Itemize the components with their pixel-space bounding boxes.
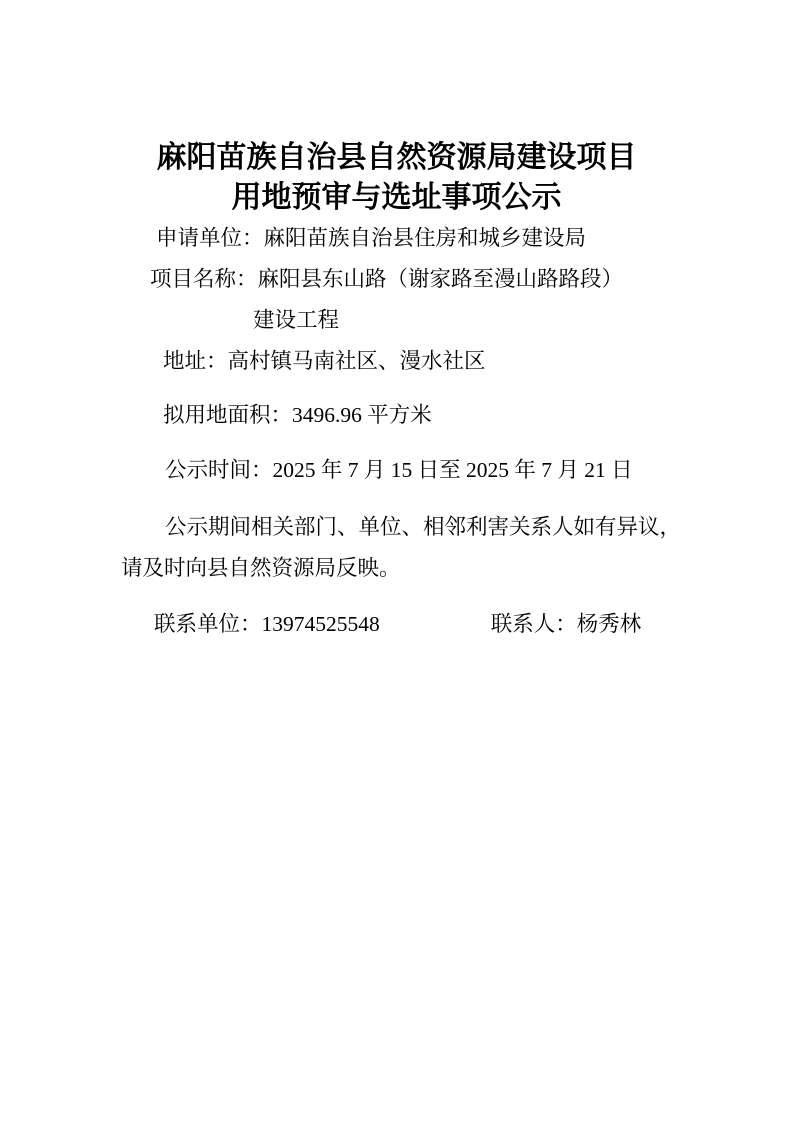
contact-unit: 联系单位：13974525548 [154, 612, 380, 636]
project-name-line: 项目名称：麻阳县东山路（谢家路至漫山路路段） [121, 259, 672, 300]
project-name-label: 项目名称： [150, 267, 258, 291]
contact-person: 联系人：杨秀林 [491, 612, 642, 636]
project-name-continuation-line: 建设工程 [121, 300, 672, 341]
publicity-period-label: 公示时间： [165, 458, 273, 482]
document-title: 麻阳苗族自治县自然资源局建设项目 用地预审与选址事项公示 [121, 138, 672, 218]
applicant-line: 申请单位：麻阳苗族自治县住房和城乡建设局 [121, 218, 672, 259]
planned-area-label: 拟用地面积： [163, 403, 292, 427]
notice-document-page: 麻阳苗族自治县自然资源局建设项目 用地预审与选址事项公示 申请单位：麻阳苗族自治… [0, 0, 793, 1122]
planned-area-line: 拟用地面积：3496.96 平方米 [121, 395, 672, 436]
objection-paragraph-line1: 公示期间相关部门、单位、相邻利害关系人如有异议， [121, 507, 672, 548]
project-name-value-continuation: 建设工程 [253, 308, 339, 332]
publicity-period-line: 公示时间：2025 年 7 月 15 日至 2025 年 7 月 21 日 [121, 450, 672, 491]
document-title-line1: 麻阳苗族自治县自然资源局建设项目 [121, 138, 672, 178]
contacts-line: 联系单位：13974525548联系人：杨秀林 [121, 604, 672, 645]
objection-paragraph: 公示期间相关部门、单位、相邻利害关系人如有异议， 请及时向县自然资源局反映。 [121, 507, 672, 589]
contact-person-value: 杨秀林 [577, 612, 642, 636]
planned-area-value: 3496.96 平方米 [292, 403, 432, 427]
objection-paragraph-line2: 请及时向县自然资源局反映。 [121, 548, 672, 589]
contact-unit-label: 联系单位： [154, 612, 262, 636]
project-name-value: 麻阳县东山路（谢家路至漫山路路段） [258, 267, 624, 291]
address-value: 高村镇马南社区、漫水社区 [228, 349, 486, 373]
address-line: 地址：高村镇马南社区、漫水社区 [121, 341, 672, 382]
publicity-period-value: 2025 年 7 月 15 日至 2025 年 7 月 21 日 [273, 458, 633, 482]
address-label: 地址： [163, 349, 228, 373]
applicant-value: 麻阳苗族自治县住房和城乡建设局 [264, 226, 587, 250]
applicant-label: 申请单位： [156, 226, 264, 250]
document-title-line2: 用地预审与选址事项公示 [121, 178, 672, 218]
contact-person-label: 联系人： [491, 612, 577, 636]
contact-unit-value: 13974525548 [262, 612, 380, 636]
